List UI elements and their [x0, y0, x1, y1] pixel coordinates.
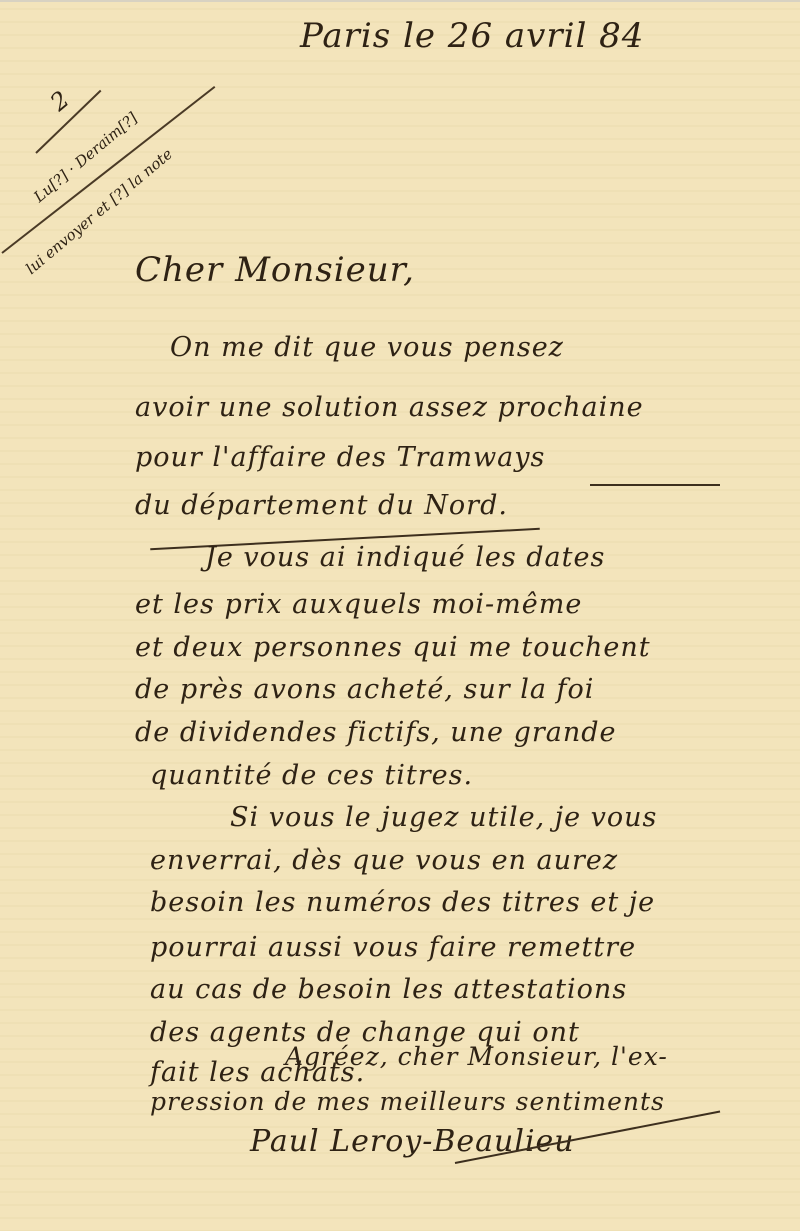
- margin-divider-long: [1, 86, 215, 254]
- letter-line: au cas de besoin les attestations: [150, 974, 627, 1005]
- letter-line: enverrai, dès que vous en aurez: [150, 845, 618, 876]
- letter-line: et deux personnes qui me touchent: [135, 632, 651, 663]
- margin-number: 2: [45, 85, 75, 116]
- margin-annotation: 2 Lu[?] · Deraim[?] lui envoyer et [?] l…: [6, 62, 286, 282]
- letter-line: du département du Nord.: [135, 490, 508, 521]
- letter-line: On me dit que vous pensez: [170, 332, 564, 363]
- letter-line: Si vous le jugez utile, je vous: [230, 802, 657, 833]
- letter-line: pourrai aussi vous faire remettre: [150, 932, 636, 963]
- signature: Paul Leroy-Beaulieu: [250, 1124, 575, 1159]
- letter-line: besoin les numéros des titres et je: [150, 887, 655, 918]
- letter-line: pour l'affaire des Tramways: [135, 442, 545, 473]
- underline-tramways: [590, 484, 720, 486]
- letter-line: Je vous ai indiqué les dates: [205, 542, 605, 573]
- letter-page: 2 Lu[?] · Deraim[?] lui envoyer et [?] l…: [0, 0, 800, 1231]
- salutation: Cher Monsieur,: [135, 250, 415, 290]
- letter-line: avoir une solution assez prochaine: [135, 392, 644, 423]
- letter-line: de dividendes fictifs, une grande: [135, 717, 617, 748]
- date-line: Paris le 26 avril 84: [300, 16, 644, 56]
- letter-line: quantité de ces titres.: [150, 760, 473, 791]
- letter-line: et les prix auxquels moi-même: [135, 589, 582, 620]
- letter-line: de près avons acheté, sur la foi: [135, 674, 594, 705]
- letter-line: Agréez, cher Monsieur, l'ex-: [285, 1042, 668, 1071]
- letter-line: pression de mes meilleurs sentiments: [150, 1087, 665, 1116]
